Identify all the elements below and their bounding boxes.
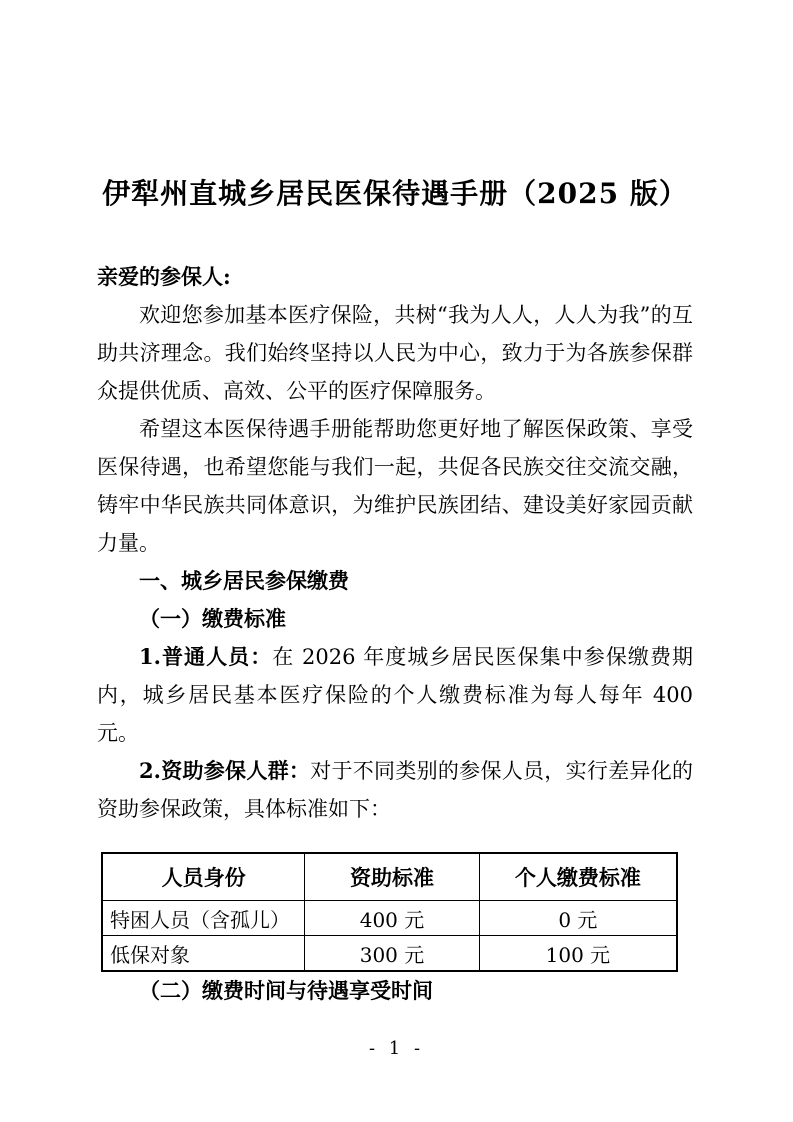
paragraph-welcome: 欢迎您参加基本医疗保险，共树“我为人人，人人为我”的互助共济理念。我们始终坚持以… xyxy=(97,296,693,410)
item-subsidized-groups: 2.资助参保人群：对于不同类别的参保人员，实行差异化的资助参保政策，具体标准如下… xyxy=(97,752,693,828)
item-ordinary-persons: 1.普通人员：在 2026 年度城乡居民医保集中参保缴费期内，城乡居民基本医疗保… xyxy=(97,638,693,752)
table-cell-payment: 0 元 xyxy=(479,901,677,936)
salutation: 亲爱的参保人: xyxy=(97,258,693,296)
header-cell-personal-payment: 个人缴费标准 xyxy=(479,853,677,901)
page-number: - 1 - xyxy=(0,1038,793,1060)
section-heading-enrollment: 一、城乡居民参保缴费 xyxy=(97,562,693,600)
table-cell-payment: 100 元 xyxy=(479,936,677,972)
subsection-heading-payment-time: （二）缴费时间与待遇享受时间 xyxy=(97,972,693,1010)
document-page: 伊犁州直城乡居民医保待遇手册（2025 版） 亲爱的参保人: 欢迎您参加基本医疗… xyxy=(0,0,793,1122)
subsection-heading-payment-standard: （一）缴费标准 xyxy=(97,600,693,638)
table-cell-identity: 特困人员（含孤儿） xyxy=(102,901,305,936)
table-row: 特困人员（含孤儿） 400 元 0 元 xyxy=(102,901,677,936)
paragraph-hope: 希望这本医保待遇手册能帮助您更好地了解医保政策、享受医保待遇，也希望您能与我们一… xyxy=(97,410,693,562)
table-row: 低保对象 300 元 100 元 xyxy=(102,936,677,972)
item1-label: 1.普通人员： xyxy=(139,644,272,669)
header-cell-subsidy-standard: 资助标准 xyxy=(305,853,480,901)
table-cell-identity: 低保对象 xyxy=(102,936,305,972)
item2-label: 2.资助参保人群： xyxy=(139,758,310,783)
table-cell-subsidy: 300 元 xyxy=(305,936,480,972)
header-cell-identity: 人员身份 xyxy=(102,853,305,901)
table-cell-subsidy: 400 元 xyxy=(305,901,480,936)
subsidy-table: 人员身份 资助标准 个人缴费标准 特困人员（含孤儿） 400 元 0 元 低保对… xyxy=(101,852,678,972)
table-header-row: 人员身份 资助标准 个人缴费标准 xyxy=(102,853,677,901)
document-title: 伊犁州直城乡居民医保待遇手册（2025 版） xyxy=(97,172,693,216)
